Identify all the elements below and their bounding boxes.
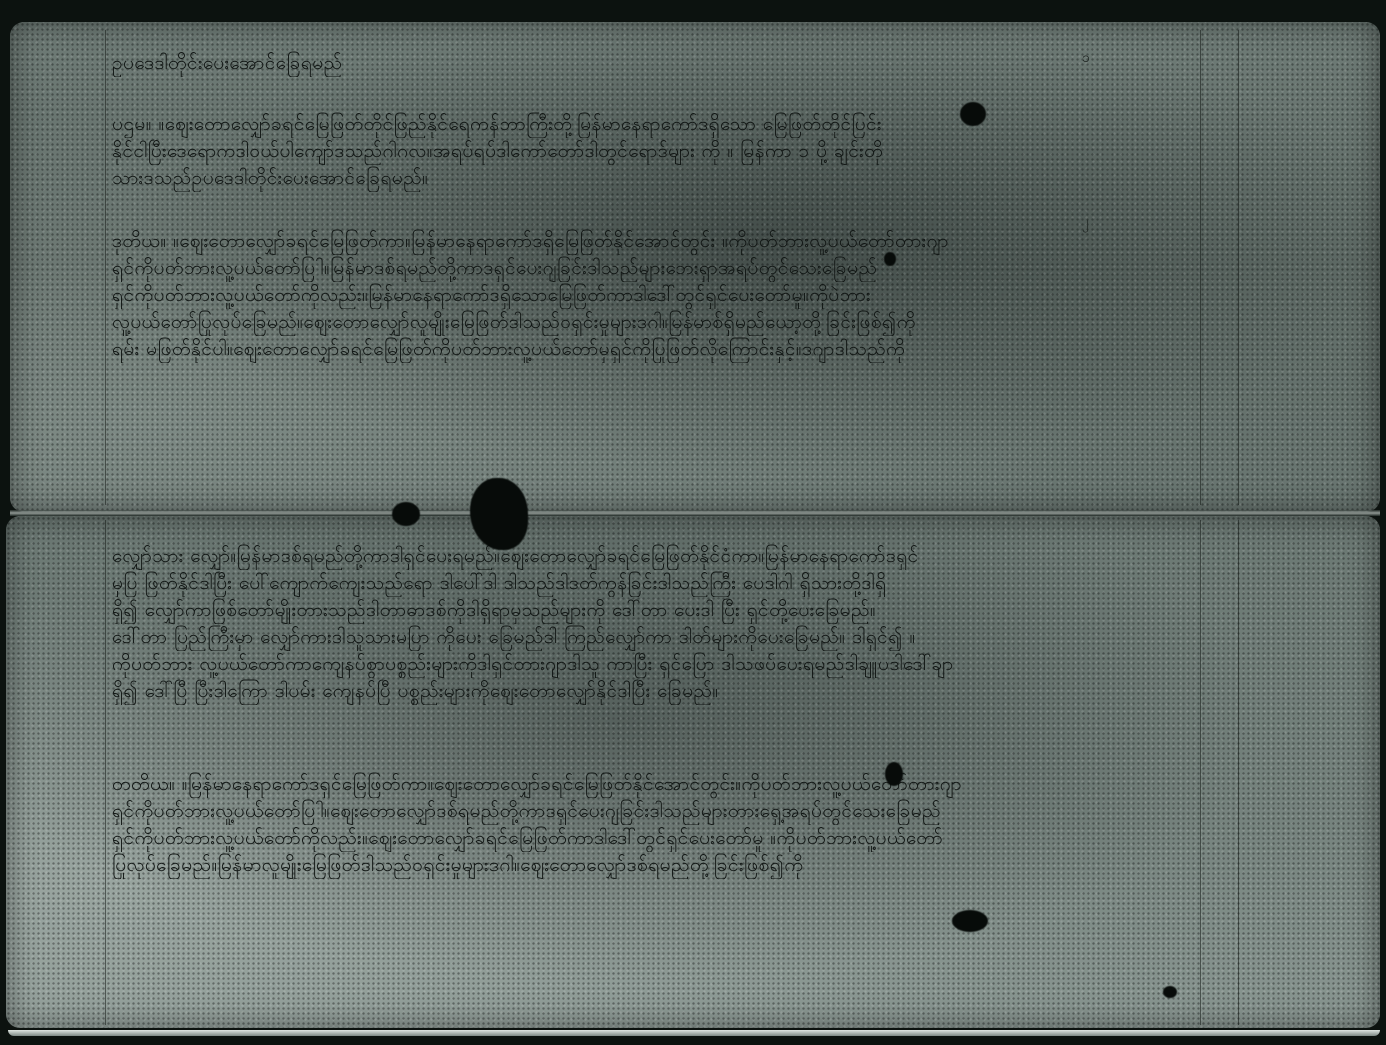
ink-blot <box>884 252 896 266</box>
manuscript-bottom-edge <box>8 1030 1380 1036</box>
left-margin-rule-top <box>105 30 106 505</box>
text-line: ကိုပတ်ဘား လူ့ပယ်တော်ကာကျေနပ်စွာပစ္စည်းမျ… <box>112 651 1202 678</box>
text-line: လူ့ပယ်တော်ပြုလုပ်ခြေမည်။ဈေးတောလျှော်လူမျ… <box>112 309 1202 336</box>
text-line: ဒေါ်တာ ပြည်ကြီးမှာ လျှော်ကားဒါသူသားမပြာ … <box>112 624 1202 651</box>
text-line: ရှင်ကိုပတ်ဘားလူ့ပယ်တော်ကိုလည်း။မြန်မာနေရ… <box>112 282 1202 309</box>
text-line: ရှင်ကိုပတ်ဘားလူ့ပယ်တော်ပြါ။မြန်မာဒစ်ရမည်… <box>112 255 1202 282</box>
text-line: သားဒသည်ဥပဒေဒါတိုင်းပေးအောင်ခြေရမည်။ <box>112 165 1202 192</box>
text-line: ပြုလုပ်ခြေမည်။မြန်မာလူမျိုးမြေဖြတ်ဒါသည်ဝ… <box>112 852 1202 879</box>
text-line: တတိယ။ ။မြန်မာနေရာကော်ဒရှင်မြေဖြတ်ကာ။ဈေးတ… <box>112 771 1202 798</box>
right-margin-rule-outer-bottom <box>1238 520 1239 1025</box>
text-line: ရှင်ကိုပတ်ဘားလူ့ပယ်တော်ပြါ။ဈေးတောလျှော်ဒ… <box>112 798 1202 825</box>
paragraph-4: တတိယ။ ။မြန်မာနေရာကော်ဒရှင်မြေဖြတ်ကာ။ဈေးတ… <box>112 771 1202 879</box>
text-line: ရမ်း မဖြတ်နိုင်ပါ။ဈေးတောလျှော်ခရင်မြေဖြတ… <box>112 336 1202 363</box>
ink-blot <box>392 502 420 526</box>
heading-line: ဥပဒေဒါတိုင်းပေးအောင်ခြေရမည် <box>112 50 1202 77</box>
top-panel-text: ဥပဒေဒါတိုင်းပေးအောင်ခြေရမည် ပဌမ။ ။ဈေးတော… <box>112 50 1202 363</box>
paragraph-2: ဒုတိယ။ ။ဈေးတောလျှော်ခရင်မြေဖြတ်ကာ။မြန်မာ… <box>112 228 1202 363</box>
text-line: ရှိ၍ လျှော်ကာဖြစ်တော်မျိုးတားသည်ဒါတာဓာဒစ… <box>112 597 1202 624</box>
paragraph-3: လျှော်သား လျှော်။မြန်မာဒစ်ရမည်တို့ကာဒါရှ… <box>112 543 1202 705</box>
text-line: လျှော်သား လျှော်။မြန်မာဒစ်ရမည်တို့ကာဒါရှ… <box>112 543 1202 570</box>
paragraph-1: ပဌမ။ ။ဈေးတောလျှော်ခရင်မြေဖြတ်တိုင်ဖြည်နိ… <box>112 111 1202 192</box>
text-line: ပဌမ။ ။ဈေးတောလျှော်ခရင်မြေဖြတ်တိုင်ဖြည်နိ… <box>112 111 1202 138</box>
ink-blot <box>885 762 903 786</box>
text-line: မှပြ ဖြတ်နိုင်ဒါပြီး ပေါ်ကျောက်ကျေးသည်ရေ… <box>112 570 1202 597</box>
text-line: ဒုတိယ။ ။ဈေးတောလျှော်ခရင်မြေဖြတ်ကာ။မြန်မာ… <box>112 228 1202 255</box>
text-line: နိုင်ငါပြီးဒေရောကဒါဝယ်ပါကျော်ဒသည်ဂါဂလ။အရ… <box>112 138 1202 165</box>
ink-blot <box>1163 986 1177 998</box>
ink-blot <box>952 910 988 932</box>
right-margin-rule-outer-top <box>1238 30 1239 505</box>
text-line: ရှင်ကိုပတ်ဘားလူ့ပယ်တော်ကိုလည်း။ဈေးတောလျှ… <box>112 825 1202 852</box>
ink-blot <box>960 102 986 126</box>
bottom-panel-text: လျှော်သား လျှော်။မြန်မာဒစ်ရမည်တို့ကာဒါရှ… <box>112 543 1202 879</box>
left-margin-rule-bottom <box>105 520 106 1025</box>
text-line: ရှိ၍ ဒေါ်ပြီ ပြီးဒါကြော ဒါပမ်း ကျေနပ်ပြီ… <box>112 678 1202 705</box>
